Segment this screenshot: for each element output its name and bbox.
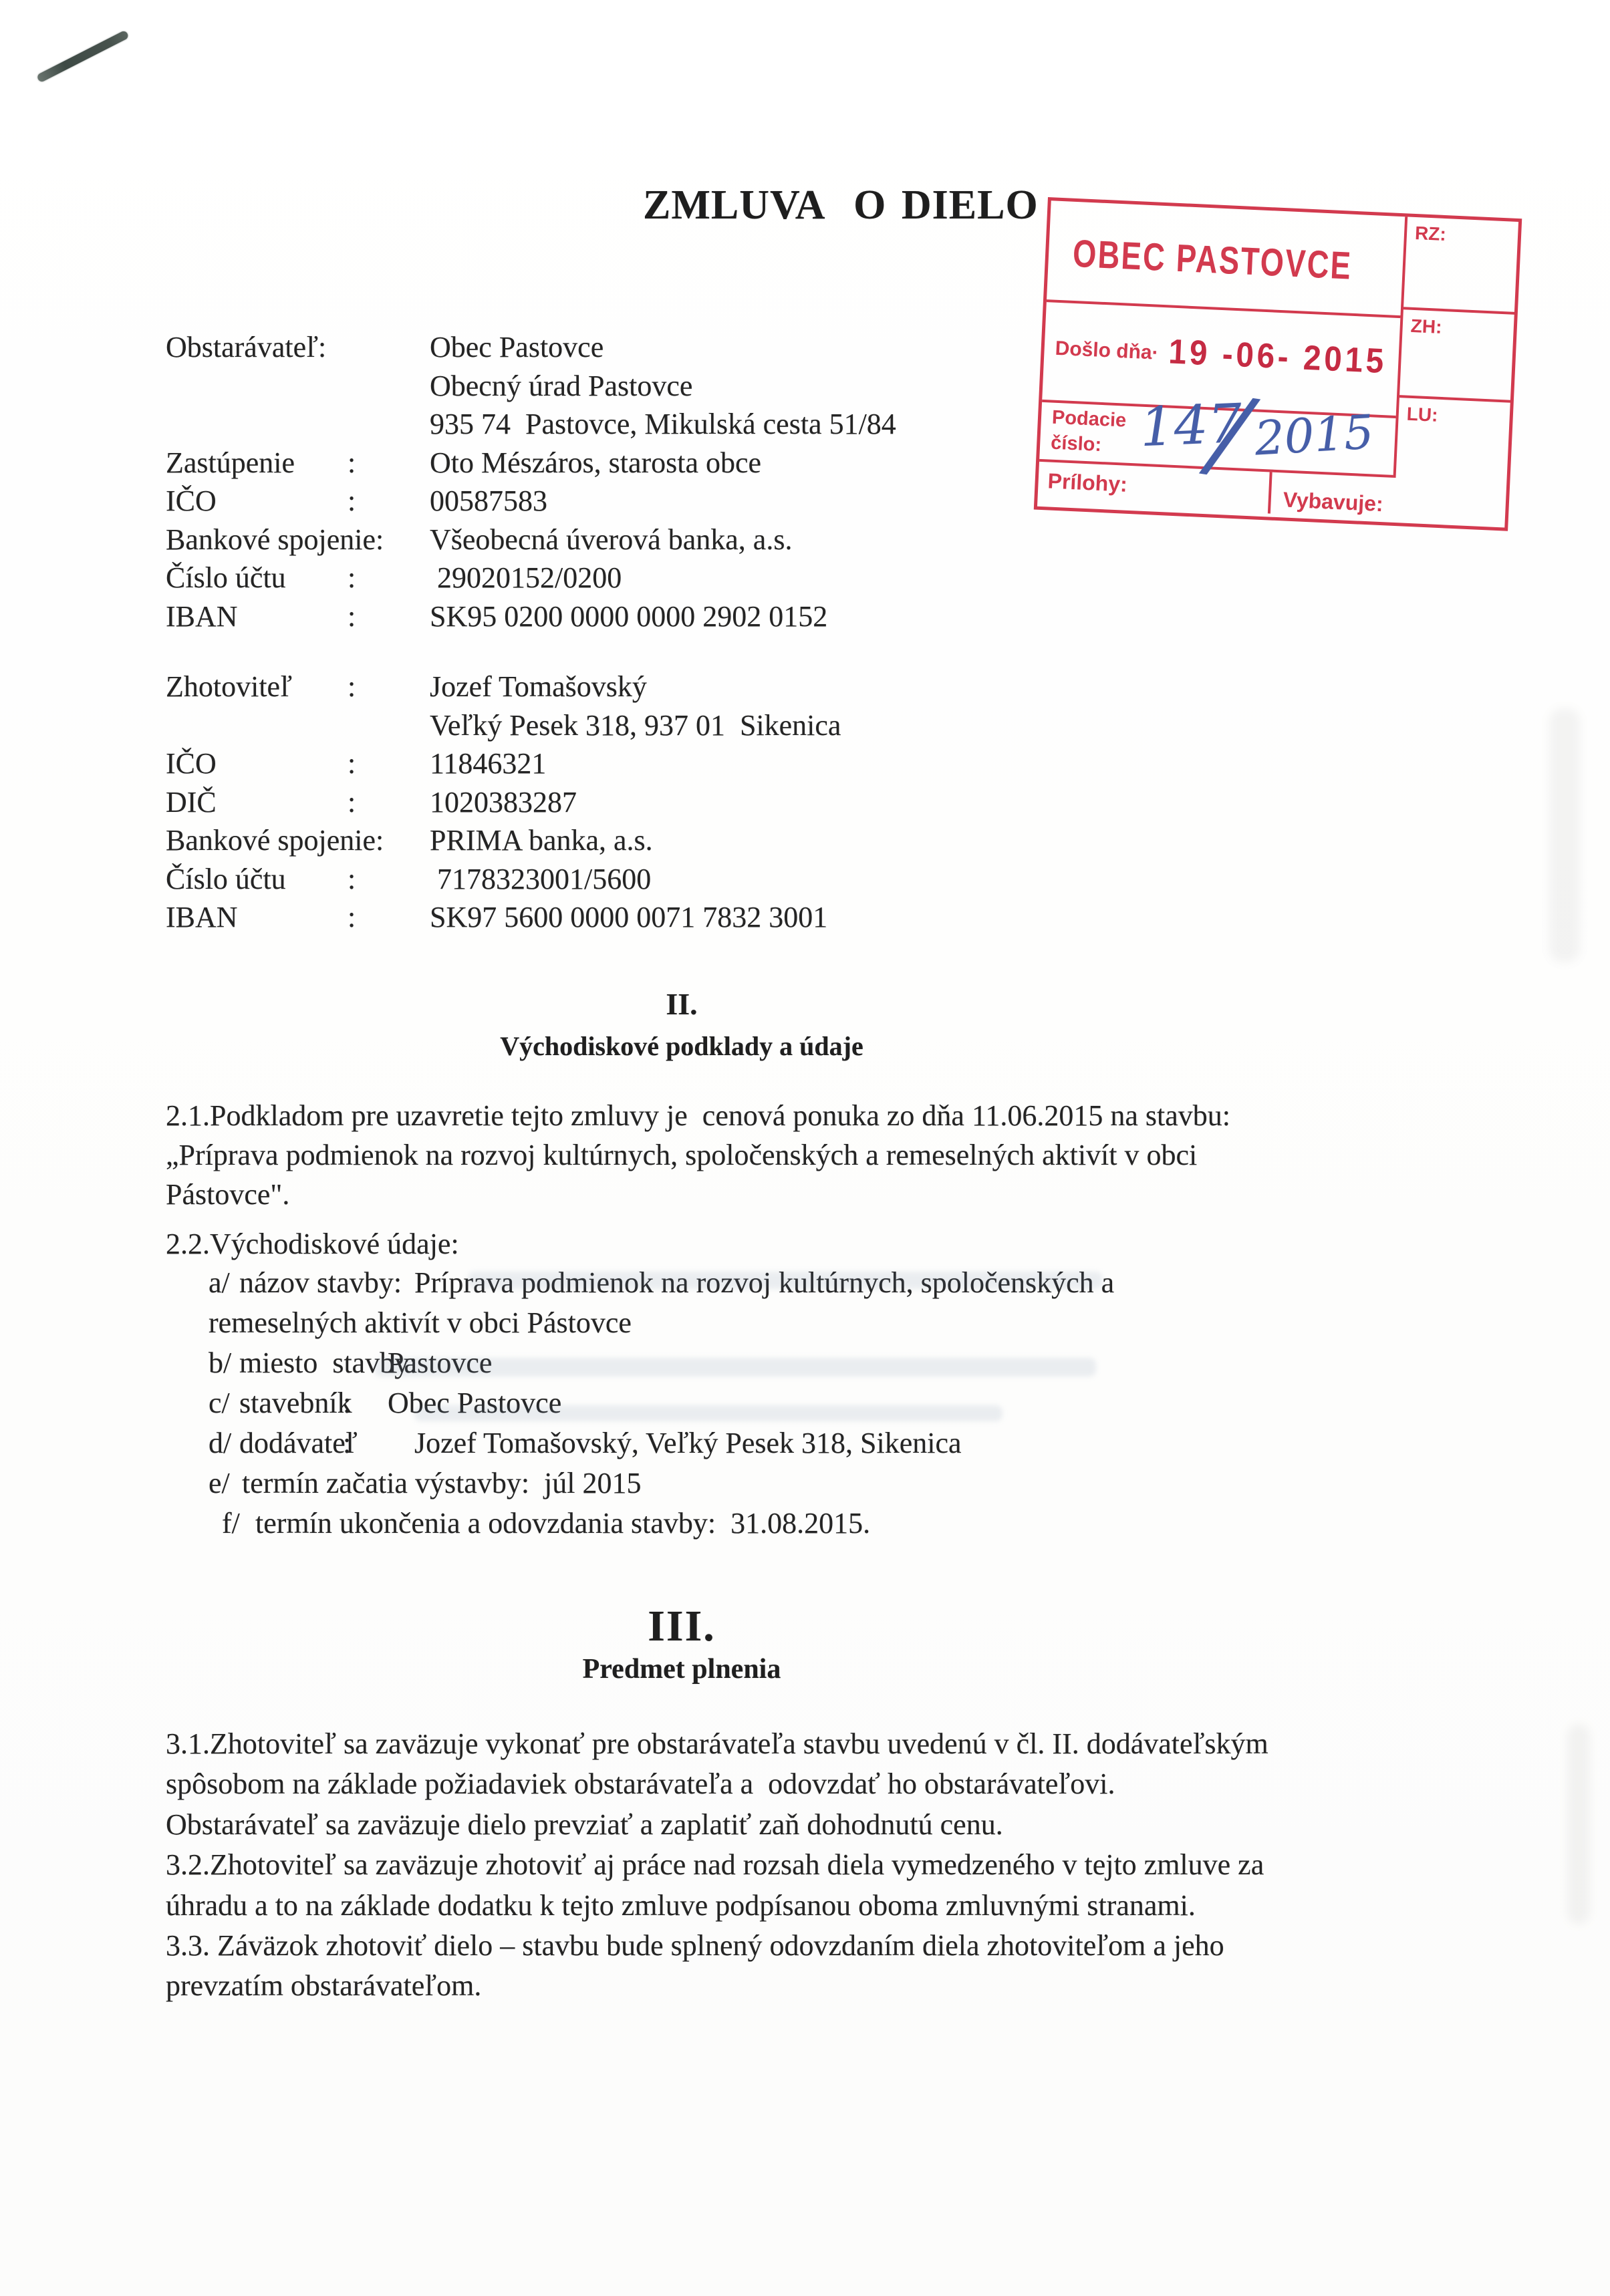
list-item-text: termín začatia výstavby: júl 2015	[242, 1466, 642, 1500]
party-row-value: 29020152/0200	[430, 561, 622, 595]
clause-2-2-intro: 2.2.Východiskové údaje:	[166, 1224, 767, 1264]
pen-stroke-mark	[36, 30, 130, 84]
party-row: Zhotoviteľ : Jozef Tomašovský	[166, 670, 1436, 708]
stamp-rz-cell: RZ:	[1403, 217, 1521, 312]
section-3-heading: Predmet plnenia	[166, 1653, 1198, 1685]
stamp-header-cell: OBEC PASTOVCE	[1047, 200, 1405, 318]
party-row-label: Obstarávateľ:	[166, 330, 326, 364]
stamp-rz-label: RZ:	[1414, 223, 1446, 245]
list-item-a-continuation: remeselných aktivít v obci Pástovce	[166, 1306, 1436, 1346]
list-item-label: stavebník	[239, 1386, 352, 1420]
scan-edge-smudge	[1549, 708, 1580, 962]
clause-2-1-paragraph: 2.1.Podkladom pre uzavretie tejto zmluvy…	[166, 1096, 1402, 1214]
list-item-marker: e/	[209, 1466, 230, 1500]
party-row-value: 00587583	[430, 484, 547, 518]
party-row: IČO : 00587583	[166, 484, 1436, 523]
party-row: IČO : 11846321	[166, 746, 1436, 785]
party-row-value: Oto Mészáros, starosta obce	[430, 446, 761, 480]
party-row-colon: :	[348, 746, 356, 780]
party-row-colon: :	[348, 599, 356, 633]
section-3-body: 3.1.Zhotoviteľ sa zaväzuje vykonať pre o…	[166, 1724, 1402, 2007]
party-row: Bankové spojenie: Všeobecná úverová bank…	[166, 523, 1436, 561]
party-row-label: Zhotoviteľ	[166, 670, 292, 704]
bleed-through-smudge	[374, 1358, 1096, 1377]
list-item-marker: a/	[209, 1266, 230, 1300]
party-row: Veľký Pesek 318, 937 01 Sikenica	[166, 708, 1436, 747]
party-row-value: SK97 5600 0000 0071 7832 3001	[430, 900, 827, 934]
party-row-value: 935 74 Pastovce, Mikulská cesta 51/84	[430, 407, 896, 441]
party-row-value: PRIMA banka, a.s.	[430, 823, 653, 857]
scanned-contract-page: ZMLUVA O DIELO OBEC PASTOVCE Došlo dňa· …	[0, 0, 1610, 2296]
section-2-heading: Východiskové podklady a údaje	[166, 1030, 1198, 1062]
bleed-through-smudge	[414, 1405, 1002, 1421]
party-row-value: Veľký Pesek 318, 937 01 Sikenica	[430, 708, 841, 742]
section-2-number: II.	[166, 986, 1198, 1022]
clause-3-3-paragraph: 3.3. Záväzok zhotoviť dielo – stavbu bud…	[166, 1926, 1402, 2007]
party-row-colon: :	[348, 446, 356, 480]
party-row: 935 74 Pastovce, Mikulská cesta 51/84	[166, 407, 1436, 446]
party-row: Číslo účtu : 29020152/0200	[166, 561, 1436, 599]
list-item-d: d/ dodávateľ : Jozef Tomašovský, Veľký P…	[166, 1426, 1436, 1466]
party-row-value: 7178323001/5600	[430, 862, 651, 896]
scan-edge-smudge	[1567, 1724, 1590, 1924]
stamp-municipality-name: OBEC PASTOVCE	[1072, 231, 1353, 289]
party-row-value: Všeobecná úverová banka, a.s.	[430, 523, 792, 557]
party-row: Obstarávateľ: Obec Pastovce	[166, 330, 1436, 369]
party-row-label: DIČ	[166, 785, 217, 819]
party-row-label: Bankové spojenie:	[166, 823, 384, 857]
party-row-label: Číslo účtu	[166, 862, 286, 896]
party-row-label: IBAN	[166, 599, 238, 633]
party-row-label: Zastúpenie	[166, 446, 295, 480]
party-row: Číslo účtu : 7178323001/5600	[166, 862, 1436, 901]
contractor-details-block: Zhotoviteľ : Jozef Tomašovský Veľký Pese…	[166, 670, 1436, 939]
party-row: Bankové spojenie: PRIMA banka, a.s.	[166, 823, 1436, 862]
party-row: Zastúpenie : Oto Mészáros, starosta obce	[166, 446, 1436, 484]
list-item-marker: c/	[209, 1386, 230, 1420]
contract-title: ZMLUVA O DIELO	[643, 182, 1039, 229]
party-row-value: Jozef Tomašovský	[430, 670, 647, 704]
party-row-colon: :	[348, 670, 356, 704]
list-item-label: názov stavby:	[239, 1266, 402, 1300]
list-item-marker: d/	[209, 1426, 231, 1460]
party-row-label: IČO	[166, 484, 217, 518]
party-row: DIČ : 1020383287	[166, 785, 1436, 824]
party-row-colon: :	[348, 484, 356, 518]
list-item-f: f/ termín ukončenia a odovzdania stavby:…	[166, 1506, 1436, 1546]
clause-3-1-paragraph: 3.1.Zhotoviteľ sa zaväzuje vykonať pre o…	[166, 1724, 1402, 1845]
party-row-value: 11846321	[430, 746, 546, 780]
section-3-number: III.	[166, 1601, 1198, 1652]
party-row-value: Obec Pastovce	[430, 330, 603, 364]
party-row-label: Bankové spojenie:	[166, 523, 384, 557]
party-row: IBAN : SK95 0200 0000 0000 2902 0152	[166, 599, 1436, 638]
client-details-block: Obstarávateľ: Obec Pastovce Obecný úrad …	[166, 330, 1436, 637]
party-row-label: Číslo účtu	[166, 561, 286, 595]
party-row-colon: :	[348, 561, 356, 595]
party-row-colon: :	[348, 785, 356, 819]
list-item-colon: :	[343, 1386, 351, 1420]
bleed-through-smudge	[468, 1272, 1103, 1289]
party-row: IBAN : SK97 5600 0000 0071 7832 3001	[166, 900, 1436, 939]
party-row: Obecný úrad Pastovce	[166, 369, 1436, 408]
list-item-colon: :	[343, 1426, 351, 1460]
list-item-value: Jozef Tomašovský, Veľký Pesek 318, Siken…	[414, 1426, 962, 1460]
party-row-colon: :	[348, 862, 356, 896]
party-row-value: 1020383287	[430, 785, 577, 819]
party-row-label: IBAN	[166, 900, 238, 934]
party-row-label: IČO	[166, 746, 217, 780]
list-item-marker: b/	[209, 1346, 231, 1380]
list-item-continuation-text: remeselných aktivít v obci Pástovce	[209, 1306, 632, 1340]
list-item-e: e/ termín začatia výstavby: júl 2015	[166, 1466, 1436, 1506]
party-row-colon: :	[348, 900, 356, 934]
party-row-value: Obecný úrad Pastovce	[430, 369, 692, 403]
party-row-value: SK95 0200 0000 0000 2902 0152	[430, 599, 827, 633]
list-item-text: termín ukončenia a odovzdania stavby: 31…	[255, 1506, 870, 1540]
clause-3-2-paragraph: 3.2.Zhotoviteľ sa zaväzuje zhotoviť aj p…	[166, 1845, 1402, 1926]
list-item-label: dodávateľ	[239, 1426, 358, 1460]
list-item-marker: f/	[222, 1506, 240, 1540]
